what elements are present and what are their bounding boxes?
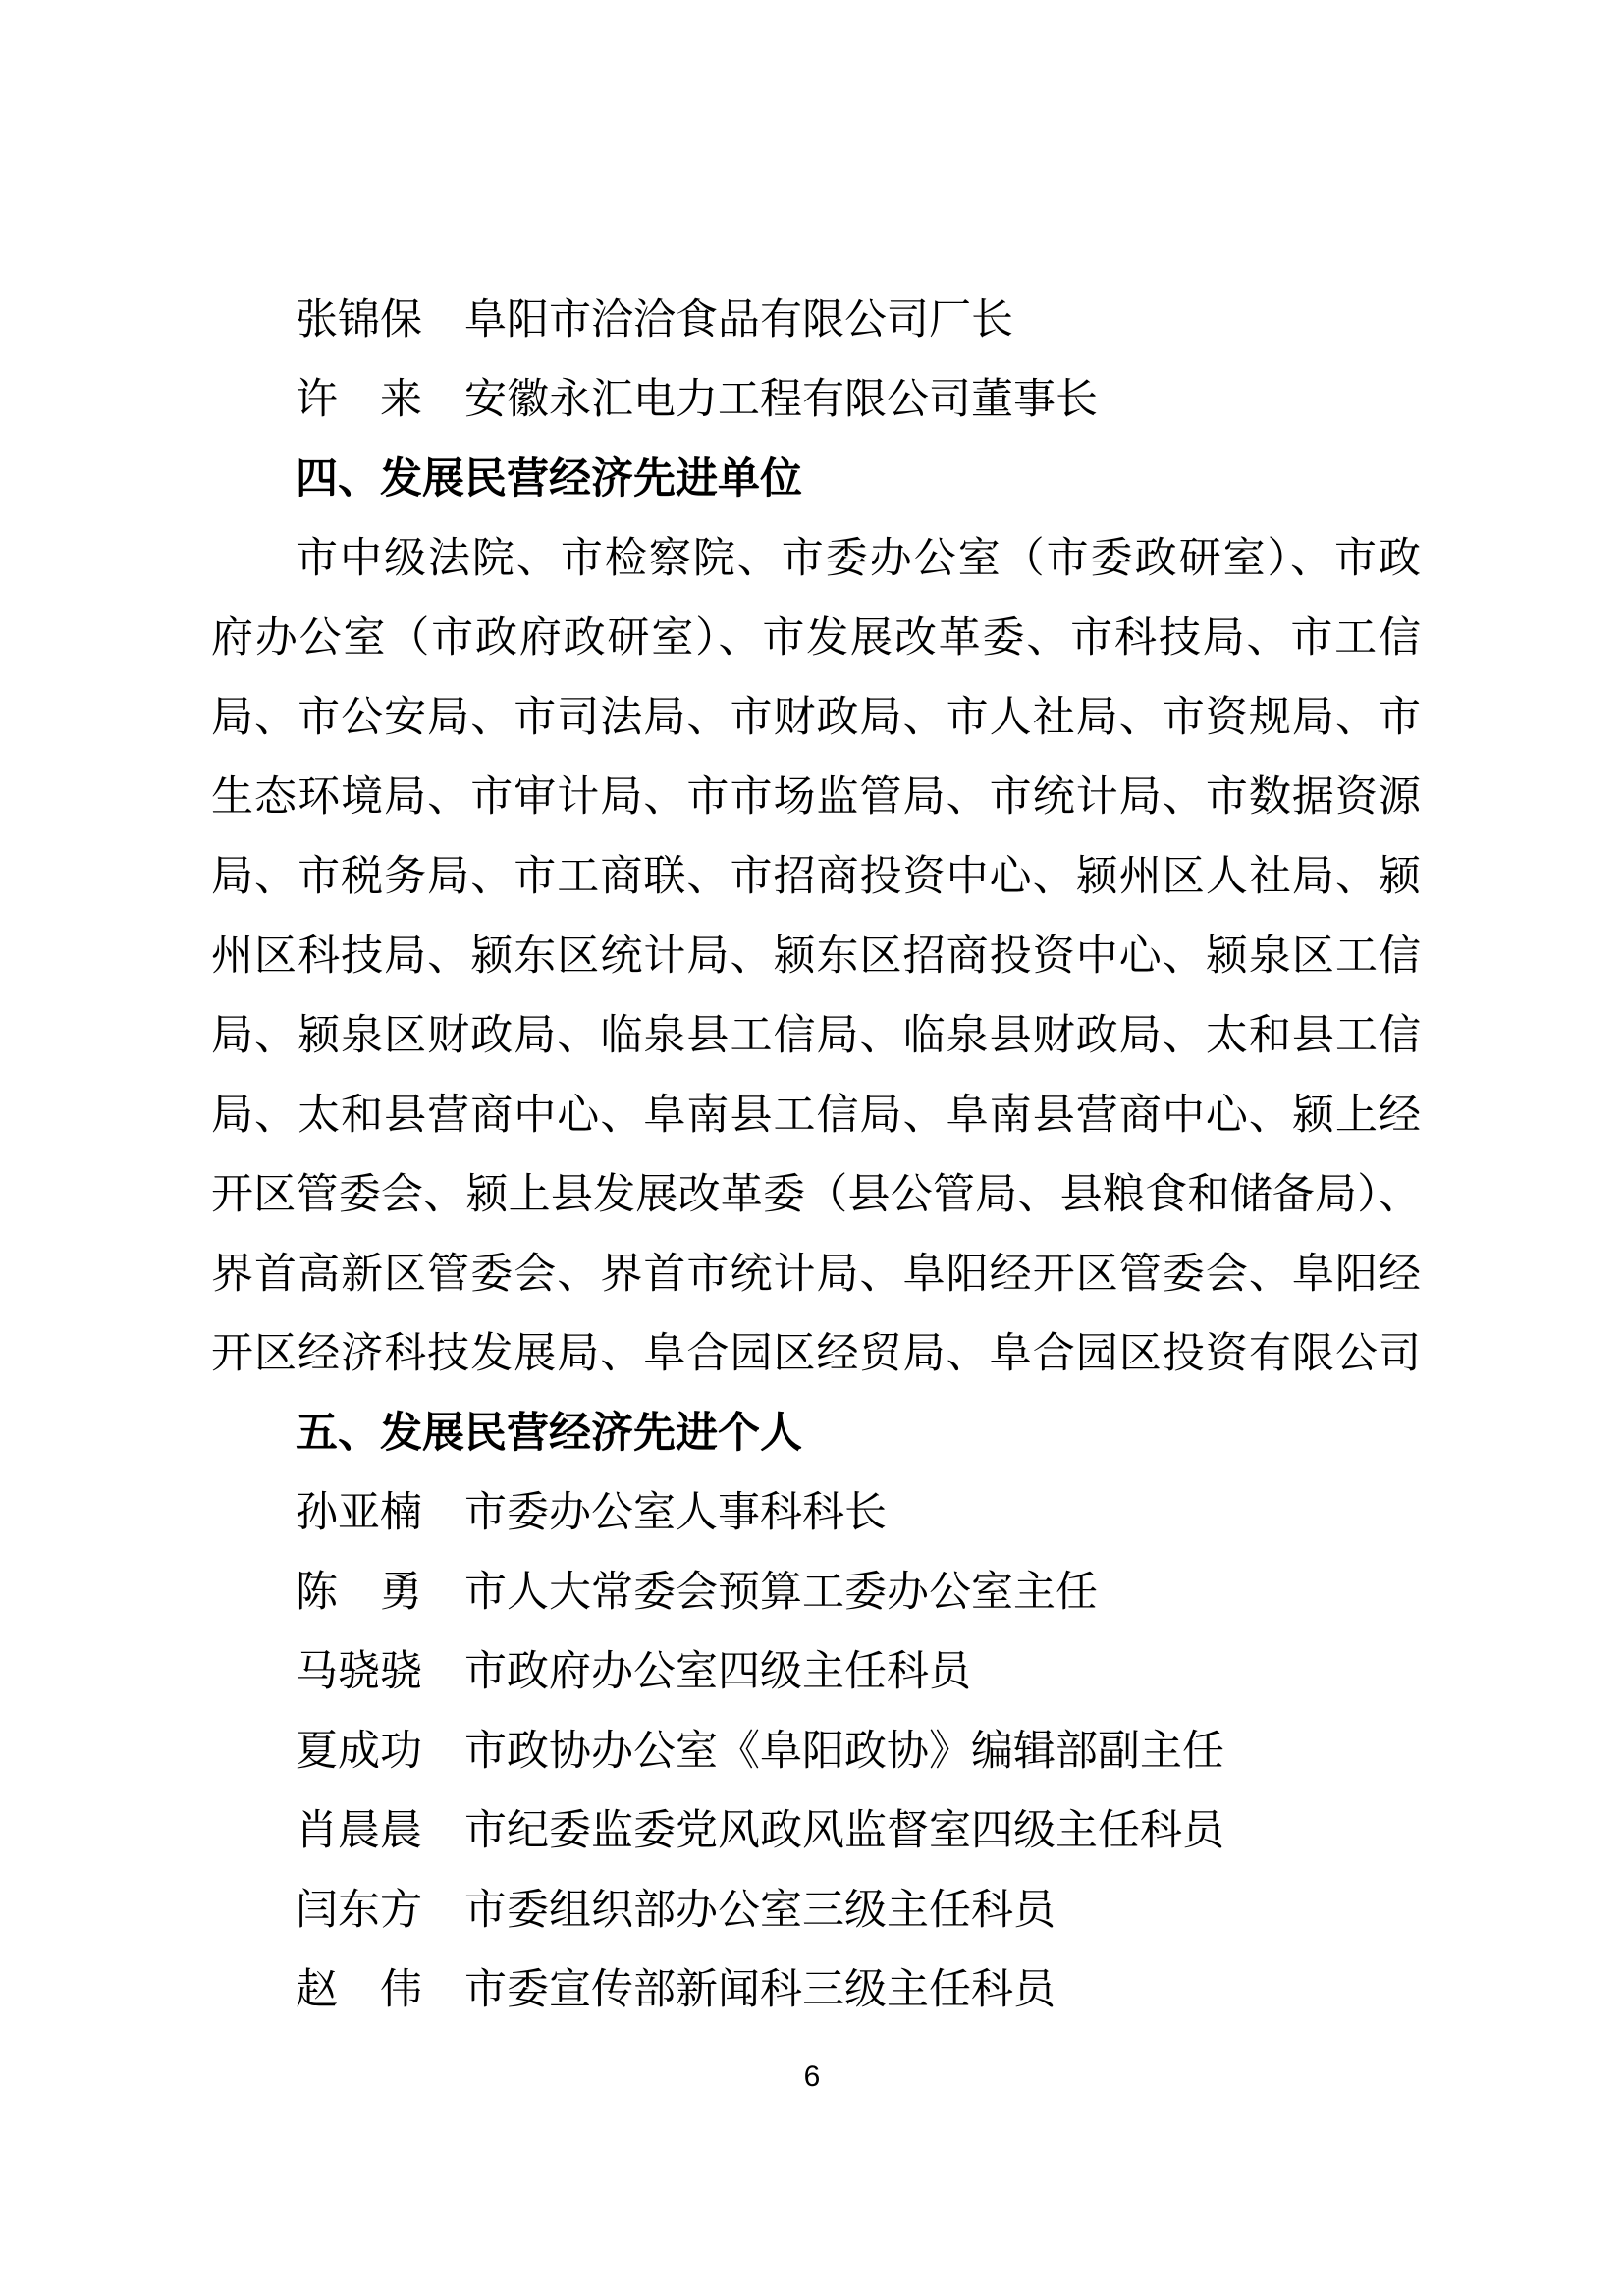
awardee-line: 陈 勇市人大常委会预算工委办公室主任	[211, 1553, 1421, 1632]
awardee-name: 孙亚楠	[296, 1473, 422, 1553]
awardee-name: 赵 伟	[296, 1950, 422, 2030]
awardee-name: 张锦保	[296, 281, 422, 360]
awardee-name: 夏成功	[296, 1712, 422, 1791]
awardee-title: 市委组织部办公室三级主任科员	[464, 1888, 1056, 1934]
paragraph-line: 州区科技局、颍东区统计局、颍东区招商投资中心、颍泉区工信	[211, 917, 1421, 996]
awardee-name: 马骁骁	[296, 1632, 422, 1712]
paragraph-line: 府办公室（市政府政研室）、市发展改革委、市科技局、市工信	[211, 599, 1421, 678]
paragraph-line: 局、颍泉区财政局、临泉县工信局、临泉县财政局、太和县工信	[211, 996, 1421, 1076]
paragraph-line: 局、市公安局、市司法局、市财政局、市人社局、市资规局、市	[211, 678, 1421, 758]
awardee-line: 肖晨晨市纪委监委党风政风监督室四级主任科员	[211, 1791, 1421, 1871]
awardee-name: 肖晨晨	[296, 1791, 422, 1871]
paragraph-line: 开区经济科技发展局、阜合园区经贸局、阜合园区投资有限公司	[211, 1314, 1421, 1394]
section-four-heading: 四、发展民营经济先进单位	[211, 440, 1421, 519]
awardee-line: 夏成功市政协办公室《阜阳政协》编辑部副主任	[211, 1712, 1421, 1791]
awardee-title: 市委办公室人事科科长	[464, 1490, 887, 1536]
paragraph-line: 局、市税务局、市工商联、市招商投资中心、颍州区人社局、颍	[211, 837, 1421, 917]
section-five-heading: 五、发展民营经济先进个人	[211, 1394, 1421, 1473]
awardee-title: 市政府办公室四级主任科员	[464, 1649, 971, 1695]
page-number: 6	[0, 2057, 1624, 2097]
awardee-name: 闫东方	[296, 1871, 422, 1950]
document-page: 张锦保阜阳市洽洽食品有限公司厂长 许 来安徽永汇电力工程有限公司董事长 四、发展…	[0, 0, 1624, 2296]
awardee-title: 市委宣传部新闻科三级主任科员	[464, 1967, 1056, 2013]
awardee-title: 市政协办公室《阜阳政协》编辑部副主任	[464, 1729, 1224, 1775]
awardee-line: 闫东方市委组织部办公室三级主任科员	[211, 1871, 1421, 1950]
awardee-title: 安徽永汇电力工程有限公司董事长	[464, 377, 1098, 423]
awardee-line: 孙亚楠市委办公室人事科科长	[211, 1473, 1421, 1553]
awardee-title: 市纪委监委党风政风监督室四级主任科员	[464, 1808, 1224, 1854]
awardee-title: 市人大常委会预算工委办公室主任	[464, 1570, 1098, 1616]
document-body: 张锦保阜阳市洽洽食品有限公司厂长 许 来安徽永汇电力工程有限公司董事长 四、发展…	[211, 281, 1421, 2030]
awardee-line: 许 来安徽永汇电力工程有限公司董事长	[211, 360, 1421, 440]
paragraph-line: 界首高新区管委会、界首市统计局、阜阳经开区管委会、阜阳经	[211, 1235, 1421, 1314]
awardee-title: 阜阳市洽洽食品有限公司厂长	[464, 297, 1013, 344]
awardee-name: 陈 勇	[296, 1553, 422, 1632]
awardee-name: 许 来	[296, 360, 422, 440]
paragraph-line: 市中级法院、市检察院、市委办公室（市委政研室）、市政	[211, 519, 1421, 599]
awardee-line: 马骁骁市政府办公室四级主任科员	[211, 1632, 1421, 1712]
paragraph-line: 局、太和县营商中心、阜南县工信局、阜南县营商中心、颍上经	[211, 1076, 1421, 1155]
awardee-line: 赵 伟市委宣传部新闻科三级主任科员	[211, 1950, 1421, 2030]
paragraph-line: 生态环境局、市审计局、市市场监管局、市统计局、市数据资源	[211, 758, 1421, 837]
paragraph-line: 开区管委会、颍上县发展改革委（县公管局、县粮食和储备局）、	[211, 1155, 1421, 1235]
awardee-line: 张锦保阜阳市洽洽食品有限公司厂长	[211, 281, 1421, 360]
